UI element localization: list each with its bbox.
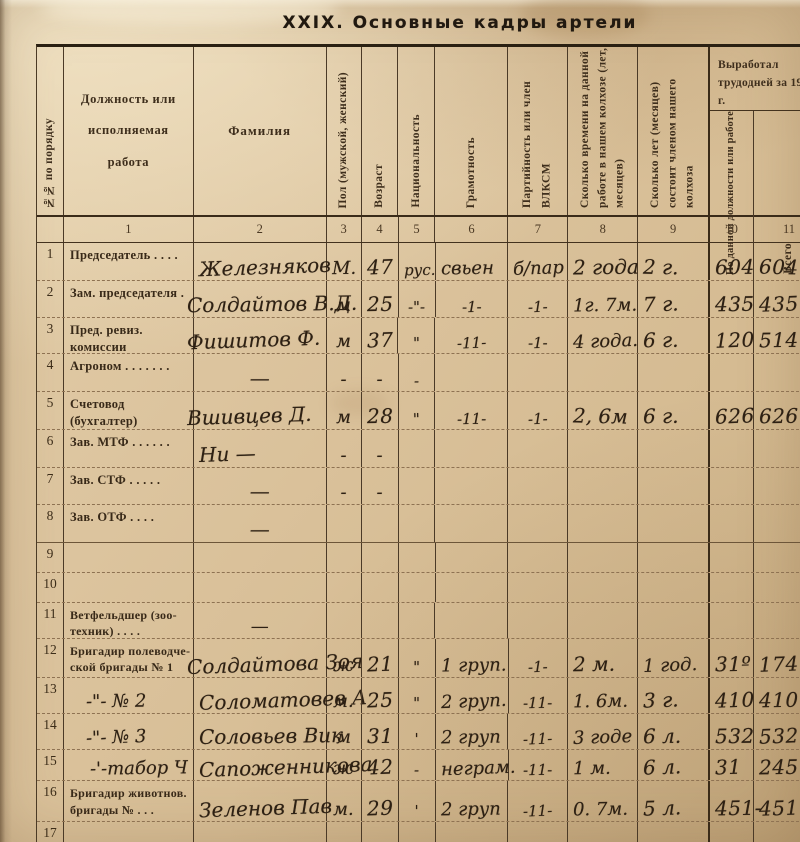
cell-position: Зам. председателя . [64, 281, 194, 318]
cell-literacy: свьен [436, 243, 509, 280]
cell-years-member [638, 505, 710, 542]
cell-row-number: 13 [37, 678, 64, 713]
column-number: 10 [710, 217, 754, 242]
handwritten-party: -11- [523, 761, 552, 779]
table-row: 14 -"- № 3 Соловьев Вик м 31 ' 2 груп -1… [37, 714, 800, 750]
cell-workdays-position [710, 543, 754, 573]
handwritten-workdays-total: 410 [759, 687, 799, 712]
cell-position: Зав. МТФ . . . . . . [64, 430, 194, 467]
cell-sex: ж [327, 639, 362, 677]
handwritten-age: 21 [366, 652, 393, 677]
cell-sex [327, 543, 362, 573]
cell-position: Агроном . . . . . . . [64, 354, 194, 391]
handwritten-time: 2, 6м [573, 404, 628, 429]
column-number: 5 [399, 217, 436, 242]
cell-surname: Вшивцев Д. [194, 392, 327, 429]
cell-time-in-job: 2 года [568, 243, 638, 280]
cell-nationality [399, 468, 436, 504]
column-number: 4 [362, 217, 399, 242]
cell-workdays-total: 604 [754, 243, 800, 280]
handwritten-literacy: -11- [456, 334, 486, 353]
cell-position: Пред. ревиз. комиссии [64, 318, 194, 353]
handwritten-nationality: - [414, 761, 419, 779]
handwritten-literacy: -11- [457, 410, 486, 428]
table-row: 16 Бригадир животнов. бригады № . . . Зе… [37, 781, 800, 822]
cell-years-member [638, 573, 710, 602]
cell-workdays-position [710, 468, 754, 504]
cell-literacy: 1 груп. [436, 639, 509, 677]
header-party-label: Партийность или член ВЛКСМ [518, 47, 557, 208]
handwritten-member: 6 г. [643, 404, 679, 428]
cell-position: -"- № 3 [64, 714, 194, 749]
cell-workdays-total: 174. [754, 639, 800, 677]
cell-party: -11- [508, 714, 568, 749]
handwritten-age: 25 [366, 687, 393, 712]
handwritten-age: 29 [366, 796, 393, 821]
cell-workdays-total [754, 543, 800, 573]
cell-workdays-position: 435 [710, 281, 754, 318]
cell-sex [327, 573, 362, 602]
cell-sex: М. [327, 243, 362, 280]
handwritten-surname: Фишитов Ф. [186, 326, 320, 355]
cell-time-in-job [568, 573, 638, 602]
cell-nationality [399, 430, 436, 467]
table-row: 7 Зав. СТФ . . . . . — - - [37, 468, 800, 505]
table-header-row: №№ по порядку Должность или исполняемая … [37, 47, 800, 217]
handwritten-time: 1г. 7м. [573, 295, 637, 317]
cell-row-number: 8 [37, 505, 64, 542]
cell-age: - [362, 354, 399, 391]
cell-party [508, 430, 568, 467]
handwritten-workdays-total: 626 [759, 404, 799, 429]
cell-age [362, 573, 399, 602]
cell-time-in-job [568, 468, 638, 504]
cell-time-in-job [568, 505, 638, 542]
handwritten-nationality: ' [415, 730, 419, 748]
cell-time-in-job: 1. 6м. [568, 678, 638, 713]
cell-party: -1- [508, 392, 568, 429]
column-number-row: 1 2 3 4 5 6 7 8 9 10 11 [37, 217, 800, 243]
column-number: 7 [508, 217, 568, 242]
handwritten-age: - [376, 482, 382, 503]
handwritten-workdays-total: 514. [759, 328, 800, 353]
cell-workdays-total: 410 [754, 678, 800, 713]
scanned-document-page: { "colors": { "paper": "#d8c09b", "ink":… [0, 0, 800, 842]
cell-nationality: " [398, 318, 435, 353]
header-cell-time-in-job: Сколько времени на данной работе в нашем… [568, 47, 638, 215]
cell-literacy: 2 груп [436, 714, 509, 749]
handwritten-literacy: 2 груп [440, 726, 500, 748]
handwritten-member: 6 г. [643, 328, 679, 352]
cell-time-in-job: 1 м. [568, 750, 638, 781]
cell-workdays-total: 532 [754, 714, 800, 749]
cell-time-in-job [568, 822, 638, 842]
header-workdays-group-label: Выработал трудодней за 1936 г. [710, 47, 800, 111]
handwritten-surname: Зеленов Пав [198, 794, 332, 823]
handwritten-party: -1- [528, 298, 548, 317]
cell-surname: Зеленов Пав [194, 781, 327, 821]
header-cell-nationality: Национальность [398, 47, 435, 215]
handwritten-surname: — [251, 616, 269, 637]
table-row: 1 Председатель . . . . Железняков М. 47 … [37, 243, 800, 281]
cell-years-member [638, 468, 710, 504]
header-cell-sex: Пол (мужской, женский) [327, 47, 362, 215]
handwritten-workdays-position: 410 [715, 687, 756, 712]
handwritten-surname: Железняков [198, 252, 331, 281]
cell-literacy: -11- [435, 318, 508, 353]
cell-workdays-position: 120 [710, 318, 754, 353]
cell-time-in-job [568, 430, 638, 467]
header-num-label: №№ по порядку [40, 118, 60, 208]
handwritten-nationality: -"- [408, 298, 425, 316]
cell-years-member [638, 430, 710, 467]
cell-row-number: 3 [37, 318, 64, 353]
cell-time-in-job [568, 543, 638, 573]
cell-age: 31 [362, 714, 399, 749]
cell-party [508, 822, 568, 842]
cell-nationality [399, 543, 436, 573]
handwritten-age: - [377, 445, 383, 466]
cell-nationality: ' [399, 781, 436, 821]
handwritten-nationality: " [413, 334, 420, 352]
handwritten-party: -11- [523, 729, 553, 748]
cell-workdays-position: 604 [710, 243, 754, 280]
cell-time-in-job [568, 603, 638, 638]
handwritten-party: -1- [528, 658, 548, 677]
cell-nationality: рус. [399, 243, 436, 280]
cell-age [362, 543, 399, 573]
cell-row-number: 2 [37, 281, 64, 318]
cell-position [64, 543, 194, 573]
header-cell-literacy: Грамотность [435, 47, 508, 215]
handwritten-nationality: рус. [403, 260, 435, 278]
cell-row-number: 15 [37, 750, 64, 781]
handwritten-party: -1- [528, 410, 548, 429]
handwritten-member: 6 л. [643, 723, 682, 748]
cell-age: 21 [362, 639, 399, 677]
handwritten-nationality: ' [415, 802, 419, 820]
cell-years-member: 6 г. [638, 392, 710, 429]
page-title: XXIX. Основные кадры артели [0, 13, 800, 33]
cell-row-number: 12 [37, 639, 64, 677]
header-cell-surname: Фамилия [194, 47, 327, 215]
table-row: 2 Зам. председателя . Солдайтов В.Д. м 2… [37, 281, 800, 319]
cell-row-number: 9 [37, 543, 64, 573]
handwritten-sex: - [341, 445, 347, 466]
column-number: 1 [64, 217, 194, 242]
handwritten-workdays-total: 532 [759, 723, 800, 748]
handwritten-age: 37 [366, 328, 393, 353]
cell-workdays-total [754, 468, 800, 504]
handwritten-workdays-total: 435 [759, 292, 800, 317]
cell-row-number: 16 [37, 781, 64, 821]
cell-workdays-total [754, 603, 800, 638]
cell-sex [327, 822, 362, 842]
cell-sex: м. [327, 678, 362, 713]
column-number: 11 [754, 217, 800, 242]
cell-workdays-position [710, 603, 754, 638]
cell-literacy [436, 822, 509, 842]
handwritten-time: 2 года [573, 254, 639, 279]
cell-years-member: 3 г. [638, 678, 710, 713]
handwritten-workdays-total: 451. [759, 795, 800, 821]
cell-age: 29 [362, 781, 399, 821]
cell-nationality [399, 822, 436, 842]
column-number [37, 217, 64, 242]
handwritten-position: -"- № 2 [86, 690, 147, 712]
cell-workdays-position [710, 822, 754, 842]
cell-sex: м [327, 281, 362, 318]
cell-workdays-position: 410 [710, 678, 754, 713]
cell-row-number: 6 [37, 430, 64, 467]
handwritten-workdays-position: 120 [715, 328, 756, 353]
cell-surname: Фишитов Ф. [194, 318, 327, 353]
handwritten-time: 2 м. [573, 652, 615, 677]
handwritten-nationality: " [413, 694, 420, 712]
handwritten-party: -11- [523, 802, 553, 821]
cell-age: 37 [362, 318, 399, 353]
cell-surname [194, 573, 327, 602]
cell-surname: Соловьев Вик [194, 714, 327, 749]
cell-years-member: 6 г. [638, 318, 710, 353]
cell-surname: — [194, 354, 327, 391]
cell-years-member: 7 г. [638, 281, 710, 318]
cell-row-number: 17 [37, 822, 64, 842]
cell-nationality: ' [399, 714, 436, 749]
column-number: 8 [568, 217, 638, 242]
handwritten-sex: м. [333, 691, 354, 712]
handwritten-sex: м [336, 407, 351, 428]
cell-time-in-job: 2 м. [568, 639, 638, 677]
handwritten-workdays-total: 245. [759, 755, 800, 780]
cell-literacy [436, 543, 509, 573]
cell-age [362, 603, 399, 638]
cell-workdays-total [754, 505, 800, 542]
cell-nationality: -"- [399, 281, 436, 318]
header-cell-num: №№ по порядку [37, 47, 64, 215]
table-row: 4 Агроном . . . . . . . — - - - [37, 354, 800, 392]
cell-party [508, 603, 568, 638]
cell-sex: ж [327, 750, 362, 781]
cell-literacy [435, 354, 508, 391]
cell-party: -1- [509, 639, 569, 677]
header-member-label: Сколько лет (месяцев) состоит членом наш… [647, 47, 699, 208]
cell-time-in-job: 3 годе [568, 714, 638, 749]
cell-position [64, 822, 194, 842]
handwritten-sex: м [336, 726, 352, 748]
cell-surname: Железняков [194, 243, 327, 280]
cell-workdays-total: 451. [754, 781, 800, 821]
handwritten-position: -"- № 3 [86, 726, 147, 749]
table-row: 5 Счетовод (бухгалтер) Вшивцев Д. м 28 "… [37, 392, 800, 430]
handwritten-age: 25 [366, 292, 393, 316]
cell-years-member: 5 л. [638, 781, 710, 821]
cell-nationality: " [399, 392, 436, 429]
handwritten-party: -1- [528, 334, 548, 352]
cell-time-in-job [568, 354, 638, 391]
cell-party: б/пар [508, 243, 568, 280]
cell-literacy: неграм. [436, 750, 509, 781]
handwritten-sex: ж [333, 655, 354, 676]
cell-surname: — [194, 468, 327, 504]
handwritten-sex: м. [333, 799, 354, 820]
handwritten-surname: Ни — [198, 441, 255, 467]
cell-years-member [638, 603, 710, 638]
handwritten-nationality: " [413, 410, 421, 428]
cell-position [64, 573, 194, 602]
paper-left-edge [0, 0, 12, 842]
handwritten-sex: - [341, 482, 347, 503]
table-row: 8 Зав. ОТФ . . . . — [37, 505, 800, 543]
cell-workdays-total: 514. [754, 318, 800, 353]
handwritten-time: 1 м. [573, 758, 611, 780]
paper-top-edge [0, 0, 800, 8]
cell-workdays-total [754, 354, 800, 391]
handwritten-time: 3 годе [573, 726, 633, 749]
handwritten-member: 6 л. [643, 755, 682, 780]
cell-surname: Ни — [194, 430, 327, 467]
cell-position: Счетовод (бухгалтер) [64, 392, 194, 429]
cell-time-in-job: 2, 6м [568, 392, 638, 429]
header-sex-label: Пол (мужской, женский) [334, 72, 354, 209]
cell-nationality: - [399, 750, 436, 781]
cell-literacy: -11- [435, 392, 508, 429]
cell-party: -11- [509, 750, 569, 781]
cell-surname: — [194, 505, 327, 542]
cell-position: Бригадир полеводче- ской бригады № 1 [64, 639, 194, 677]
cell-nationality: " [399, 678, 436, 713]
cell-row-number: 4 [37, 354, 64, 391]
cell-workdays-position: 31 [710, 750, 754, 781]
handwritten-member: 3 г. [643, 687, 679, 712]
handwritten-surname: — [250, 517, 270, 541]
cell-literacy [435, 603, 508, 638]
handwritten-workdays-position: 31º [715, 652, 752, 677]
handwritten-surname: — [250, 479, 270, 503]
cell-row-number: 5 [37, 392, 64, 429]
cell-surname: Сапоженникова [194, 750, 327, 781]
cell-party [508, 573, 568, 602]
handwritten-age: - [376, 369, 382, 390]
cell-workdays-position: 451- [710, 781, 754, 821]
header-cell-party: Партийность или член ВЛКСМ [508, 47, 568, 215]
handwritten-surname: Соловьев Вик [199, 723, 343, 749]
cell-years-member [638, 543, 710, 573]
handwritten-member: 5 л. [643, 795, 682, 820]
cell-years-member: 2 г. [638, 243, 710, 280]
cell-position: -"- № 2 [64, 678, 194, 713]
cell-party [508, 543, 568, 573]
cell-sex: - [327, 430, 362, 467]
header-cell-workdays-group: Выработал трудодней за 1936 г. По данной… [710, 47, 800, 215]
column-number: 9 [638, 217, 710, 242]
cell-sex: м [327, 392, 362, 429]
cell-sex: м [327, 714, 362, 749]
column-number: 2 [194, 217, 327, 242]
cell-party [508, 505, 568, 542]
handwritten-party: -11- [523, 694, 552, 712]
cell-workdays-total: 626 [754, 392, 800, 429]
cell-nationality [399, 573, 436, 602]
handwritten-nationality: " [413, 658, 420, 676]
header-time-label: Сколько времени на данной работе в нашем… [577, 47, 629, 208]
cell-workdays-total [754, 430, 800, 467]
handwritten-sex: м [336, 295, 352, 317]
cell-years-member: 6 л. [638, 714, 710, 749]
column-number: 6 [435, 217, 508, 242]
cell-position: Председатель . . . . [64, 243, 194, 280]
table-row: 3 Пред. ревиз. комиссии Фишитов Ф. м 37 … [37, 318, 800, 354]
cell-party [508, 468, 568, 504]
handwritten-party: б/пар [513, 257, 565, 280]
header-nationality-label: Национальность [407, 114, 427, 208]
cell-age: 42 [362, 750, 399, 781]
cell-age: 47 [362, 243, 399, 280]
cell-surname: Солдайтова Зоя [194, 639, 327, 677]
cell-workdays-position [710, 430, 754, 467]
cell-row-number: 14 [37, 714, 64, 749]
table-row: 6 Зав. МТФ . . . . . . Ни — - - [37, 430, 800, 468]
cell-literacy [436, 573, 509, 602]
header-literacy-label: Грамотность [462, 137, 482, 208]
table-row: 12 Бригадир полеводче- ской бригады № 1 … [37, 639, 800, 678]
handwritten-nationality: - [414, 372, 419, 390]
column-number: 3 [327, 217, 362, 242]
cell-years-member: 1 год. [638, 639, 710, 677]
cell-workdays-position: 31º [710, 639, 754, 677]
cell-nationality [399, 603, 436, 638]
cell-row-number: 11 [37, 603, 64, 638]
cell-literacy: -1- [436, 281, 509, 318]
cell-row-number: 7 [37, 468, 64, 504]
header-cell-position: Должность или исполняемая работа [64, 47, 194, 215]
handwritten-sex: м [336, 331, 351, 352]
cell-workdays-total: 245. [754, 750, 800, 781]
cell-workdays-position: 532 [710, 714, 754, 749]
handwritten-surname: Вшивцев Д. [186, 402, 311, 430]
table-row: 15 -'-табор Ч Сапоженникова ж 42 - негра… [37, 750, 800, 782]
personnel-table: №№ по порядку Должность или исполняемая … [36, 44, 800, 842]
cell-party: -11- [509, 678, 569, 713]
cell-sex: м [327, 318, 362, 353]
cell-age [362, 505, 399, 542]
cell-workdays-position: 626 [710, 392, 754, 429]
handwritten-workdays-position: 604 [715, 254, 755, 279]
cell-workdays-position [710, 354, 754, 391]
cell-position: Ветфельдшер (зоо- техник) . . . . [64, 603, 194, 638]
handwritten-age: 42 [366, 755, 393, 780]
cell-workdays-total [754, 573, 800, 602]
cell-sex: - [327, 468, 362, 504]
cell-nationality: " [399, 639, 436, 677]
cell-party: -1- [508, 281, 568, 318]
handwritten-workdays-total: 604 [759, 254, 799, 279]
cell-literacy [435, 505, 508, 542]
handwritten-member: 2 г. [643, 254, 679, 279]
handwritten-surname: — [250, 366, 270, 390]
table-row: 13 -"- № 2 Соломатовев А м. 25 " 2 груп.… [37, 678, 800, 714]
header-cell-years-member: Сколько лет (месяцев) состоит членом наш… [638, 47, 710, 215]
cell-party: -11- [508, 781, 568, 821]
handwritten-age: 28 [366, 404, 393, 428]
cell-time-in-job: 4 года. [568, 318, 638, 353]
cell-age: - [362, 430, 399, 467]
handwritten-literacy: -1- [461, 298, 481, 316]
cell-sex: - [327, 354, 362, 391]
handwritten-literacy: 2 груп [440, 799, 500, 821]
cell-age: 25 [362, 281, 399, 318]
handwritten-member: 1 год. [643, 654, 698, 677]
